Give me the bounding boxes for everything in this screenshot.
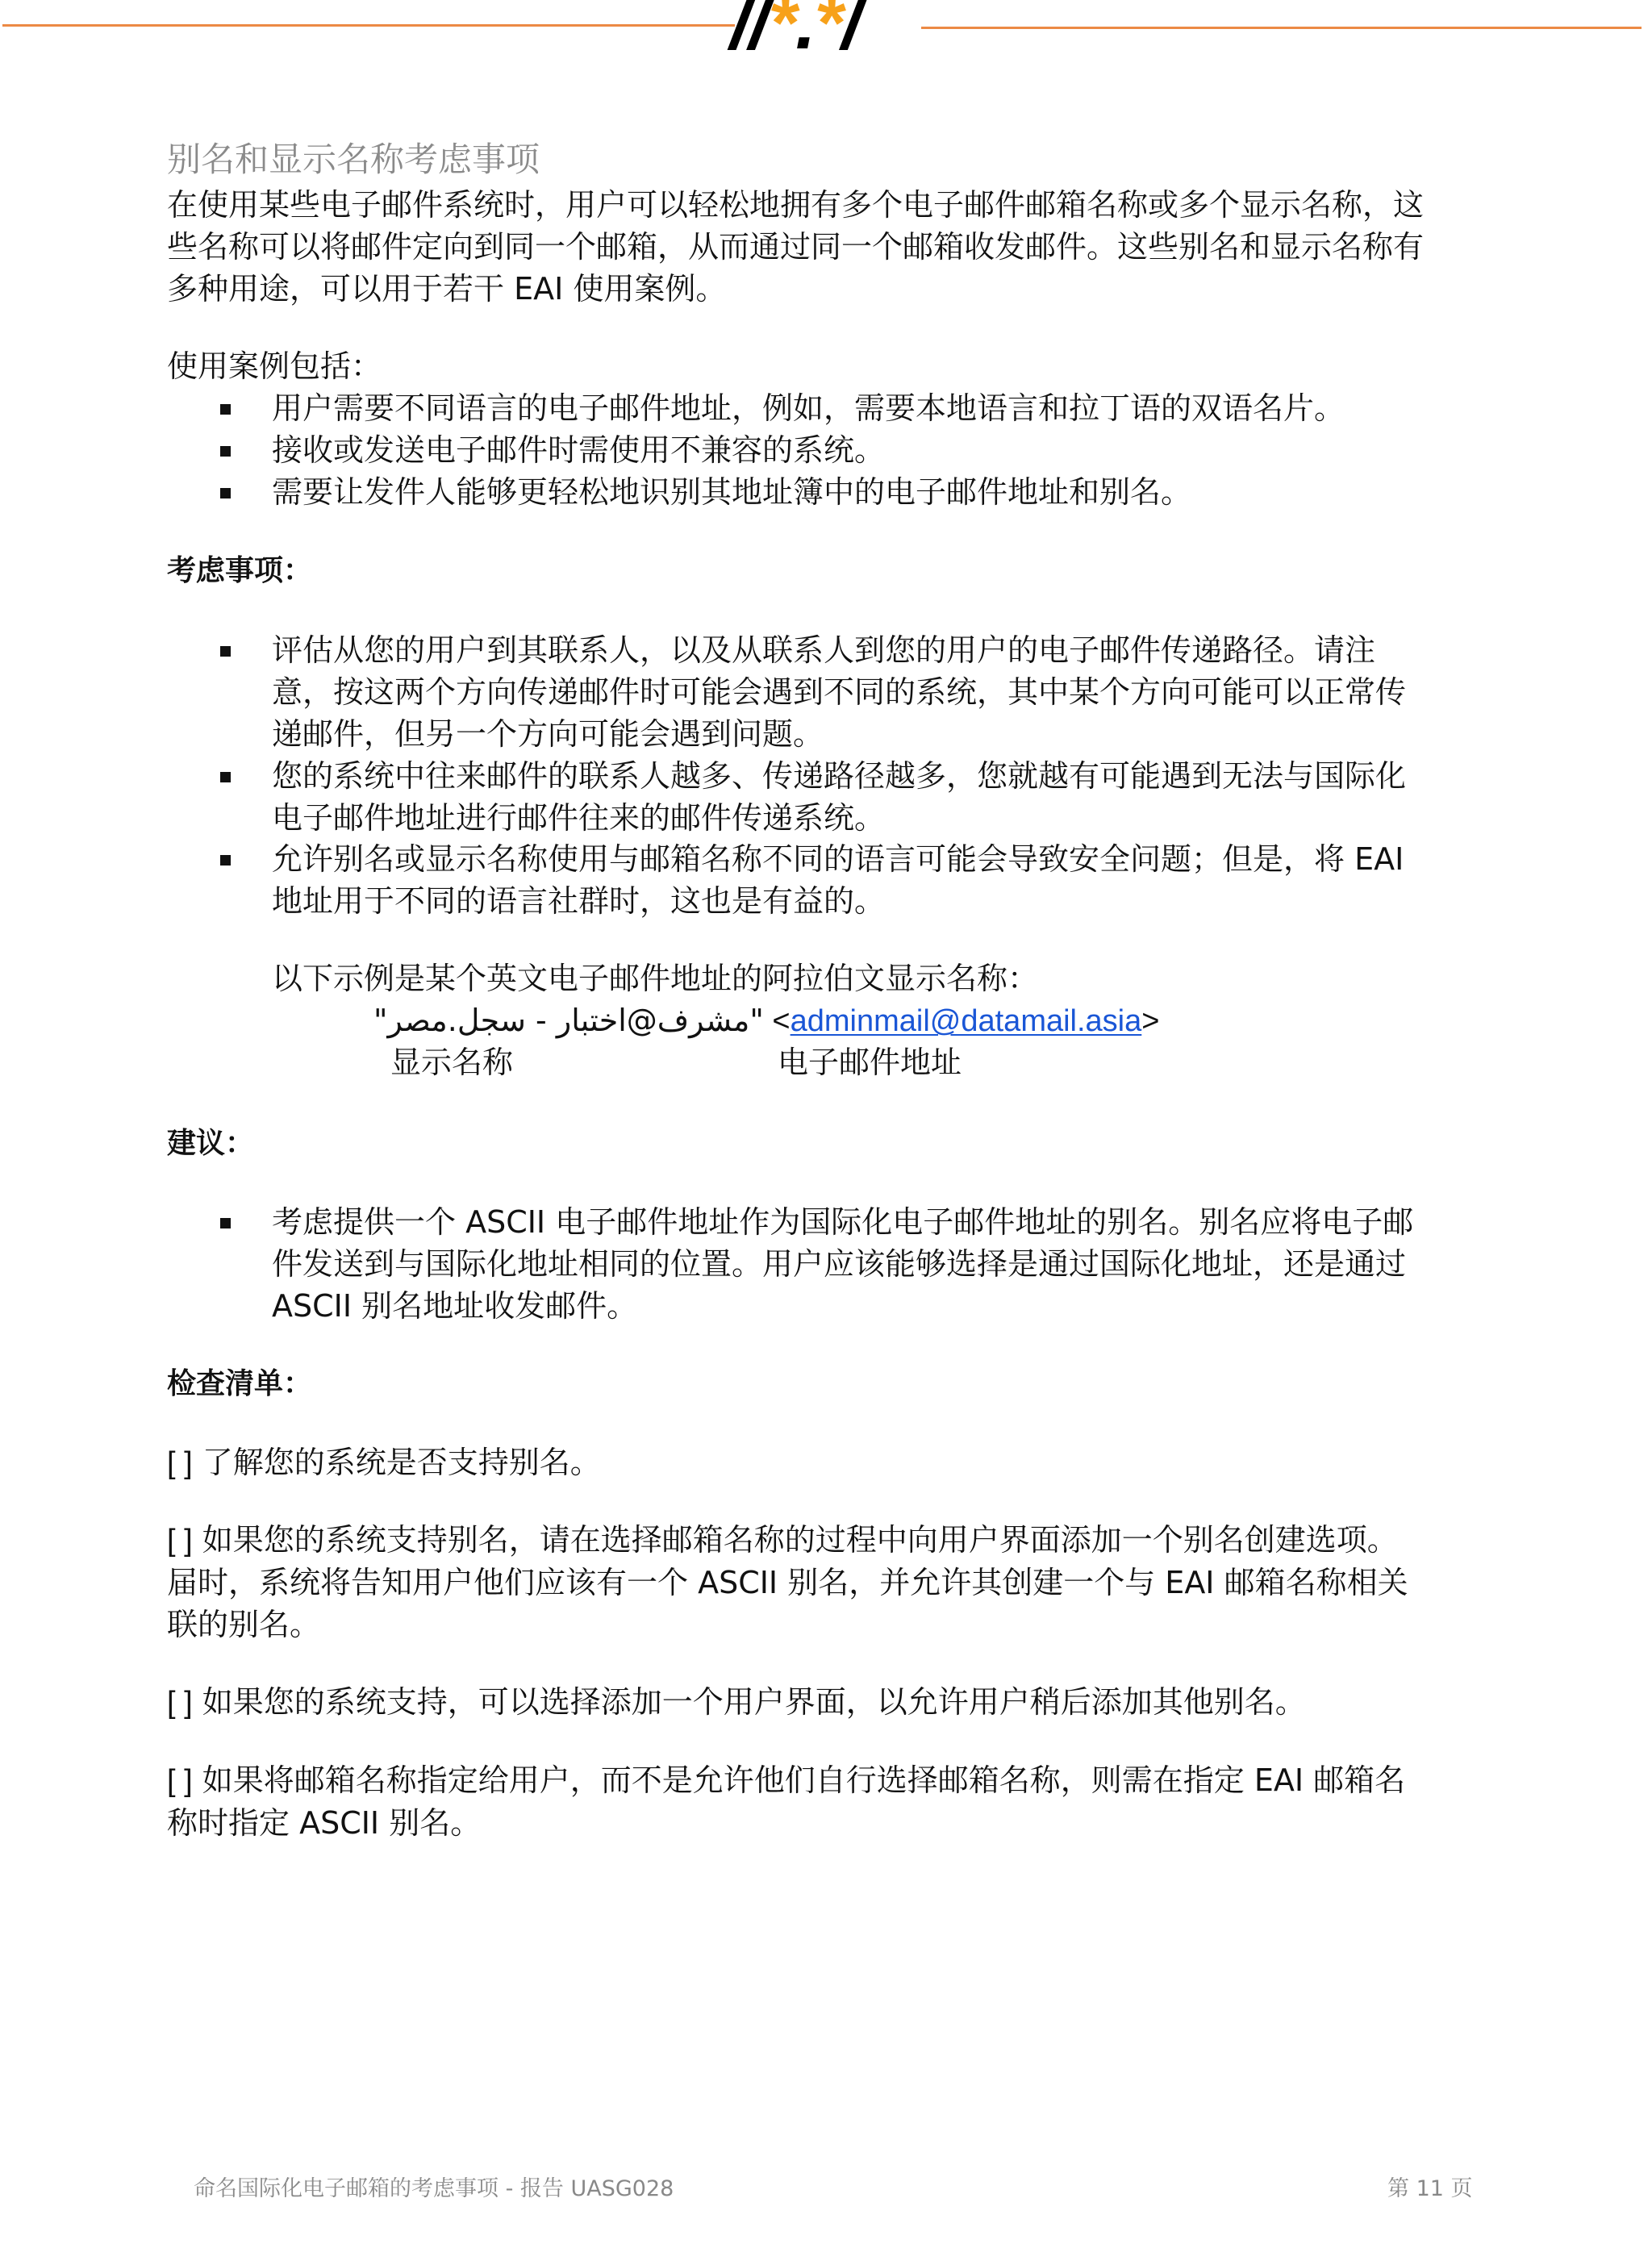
checklist-item-text: 联的别名。 (167, 1604, 1408, 1646)
close-bracket: > (1141, 1004, 1159, 1038)
use-cases-list: 用户需要不同语言的电子邮件地址，例如，需要本地语言和拉丁语的双语名片。 接收或发… (167, 387, 1498, 516)
list-item-line: 允许别名或显示名称使用与邮箱名称不同的语言可能会导致安全问题；但是，将 EAI (272, 838, 1404, 880)
recommendations-heading: 建议： (167, 1123, 254, 1165)
checklist-item-text: 称时指定 ASCII 别名。 (167, 1802, 1405, 1844)
checklist-item-text: 如果您的系统支持，可以选择添加一个用户界面，以允许用户稍后添加其他别名。 (202, 1684, 1306, 1720)
square-bullet-icon (220, 772, 231, 782)
logo-slashes: // (730, 0, 768, 65)
recommendations-list: 考虑提供一个 ASCII 电子邮件地址作为国际化电子邮件地址的别名。别名应将电子… (167, 1201, 1498, 1330)
square-bullet-icon (220, 646, 231, 657)
checklist-item: [ ] 如果您的系统支持别名，请在选择邮箱名称的过程中向用户界面添加一个别名创建… (167, 1519, 1408, 1646)
checklist-item-text: 了解您的系统是否支持别名。 (202, 1445, 601, 1480)
checklist-item: [ ] 如果将邮箱名称指定给用户，而不是允许他们自行选择邮箱名称，则需在指定 E… (167, 1759, 1405, 1844)
checkbox[interactable]: [ ] (167, 1524, 193, 1558)
list-item-line: 您的系统中往来邮件的联系人越多、传递路径越多，您就越有可能遇到无法与国际化 (272, 755, 1406, 797)
uasg-logo: //*.*/ (730, 0, 924, 58)
logo-star-icon: * (768, 0, 795, 65)
list-item-line: 递邮件，但另一个方向可能会遇到问题。 (272, 713, 1406, 755)
considerations-heading: 考虑事项： (167, 550, 312, 592)
intro-line: 多种用途，可以用于若干 EAI 使用案例。 (167, 268, 1424, 310)
square-bullet-icon (220, 488, 231, 498)
checklist-item-text: 届时，系统将告知用户他们应该有一个 ASCII 别名，并允许其创建一个与 EAI… (167, 1562, 1408, 1604)
square-bullet-icon (220, 1218, 231, 1228)
email-address-label: 电子邮件地址 (778, 1041, 962, 1083)
square-bullet-icon (220, 404, 231, 415)
example-address-line: "مشرف@اختبار - سجل.مصر" <adminmail@datam… (373, 999, 1159, 1042)
example-intro: 以下示例是某个英文电子邮件地址的阿拉伯文显示名称： (272, 957, 1038, 999)
checkbox[interactable]: [ ] (167, 1446, 193, 1480)
checklist-item-text: 如果将邮箱名称指定给用户，而不是允许他们自行选择邮箱名称，则需在指定 EAI 邮… (202, 1762, 1405, 1798)
header-rule-right (921, 27, 1642, 29)
list-item-line: 评估从您的用户到其联系人，以及从联系人到您的用户的电子邮件传递路径。请注 (272, 629, 1406, 671)
checklist-item: [ ] 了解您的系统是否支持别名。 (167, 1441, 601, 1484)
list-item-text: 您的系统中往来邮件的联系人越多、传递路径越多，您就越有可能遇到无法与国际化 电子… (272, 755, 1406, 839)
list-item-text: 用户需要不同语言的电子邮件地址，例如，需要本地语言和拉丁语的双语名片。 (272, 387, 1345, 429)
logo-dot: . (795, 0, 815, 65)
open-bracket: < (764, 1004, 791, 1038)
intro-paragraph: 在使用某些电子邮件系统时，用户可以轻松地拥有多个电子邮件邮箱名称或多个显示名称，… (167, 184, 1424, 310)
list-item-text: 评估从您的用户到其联系人，以及从联系人到您的用户的电子邮件传递路径。请注 意，按… (272, 629, 1406, 755)
considerations-list: 评估从您的用户到其联系人，以及从联系人到您的用户的电子邮件传递路径。请注 意，按… (167, 629, 1498, 928)
page-header: //*.*/ (0, 0, 1652, 65)
list-item-line: 意，按这两个方向传递邮件时可能会遇到不同的系统，其中某个方向可能可以正常传 (272, 671, 1406, 713)
logo-star-icon: * (815, 0, 842, 65)
list-item-text: 需要让发件人能够更轻松地识别其地址簿中的电子邮件地址和别名。 (272, 471, 1191, 513)
checkbox[interactable]: [ ] (167, 1764, 193, 1798)
footer-document-title: 命名国际化电子邮箱的考虑事项 - 报告 UASG028 (194, 2173, 674, 2205)
checkbox[interactable]: [ ] (167, 1686, 193, 1720)
list-item-line: 电子邮件地址进行邮件往来的邮件传递系统。 (272, 797, 1406, 839)
logo-end-slash: / (841, 0, 861, 65)
section-title: 别名和显示名称考虑事项 (167, 139, 540, 181)
footer-page-number: 第 11 页 (1387, 2173, 1473, 2205)
checklist-item-text: 如果您的系统支持别名，请在选择邮箱名称的过程中向用户界面添加一个别名创建选项。 (202, 1522, 1398, 1558)
list-item-line: 件发送到与国际化地址相同的位置。用户应该能够选择是通过国际化地址，还是通过 (272, 1243, 1413, 1285)
intro-line: 在使用某些电子邮件系统时，用户可以轻松地拥有多个电子邮件邮箱名称或多个显示名称，… (167, 184, 1424, 226)
list-item-text: 考虑提供一个 ASCII 电子邮件地址作为国际化电子邮件地址的别名。别名应将电子… (272, 1201, 1413, 1327)
email-link[interactable]: adminmail@datamail.asia (791, 1004, 1142, 1038)
list-item-text: 接收或发送电子邮件时需使用不兼容的系统。 (272, 429, 885, 471)
checklist-item: [ ] 如果您的系统支持，可以选择添加一个用户界面，以允许用户稍后添加其他别名。 (167, 1681, 1306, 1724)
display-name-label: 显示名称 (390, 1041, 513, 1083)
square-bullet-icon (220, 855, 231, 866)
checklist-heading: 检查清单： (167, 1363, 312, 1405)
arabic-display-name: "مشرف@اختبار - سجل.مصر" (373, 1003, 764, 1038)
square-bullet-icon (220, 446, 231, 457)
list-item-line: 地址用于不同的语言社群时，这也是有益的。 (272, 880, 1404, 922)
list-item-line: ASCII 别名地址收发邮件。 (272, 1285, 1413, 1327)
list-item-text: 允许别名或显示名称使用与邮箱名称不同的语言可能会导致安全问题；但是，将 EAI … (272, 838, 1404, 922)
list-item-line: 考虑提供一个 ASCII 电子邮件地址作为国际化电子邮件地址的别名。别名应将电子… (272, 1201, 1413, 1243)
header-rule-left (2, 24, 735, 27)
intro-line: 些名称可以将邮件定向到同一个邮箱，从而通过同一个邮箱收发邮件。这些别名和显示名称… (167, 226, 1424, 268)
use-cases-label: 使用案例包括： (167, 345, 382, 387)
